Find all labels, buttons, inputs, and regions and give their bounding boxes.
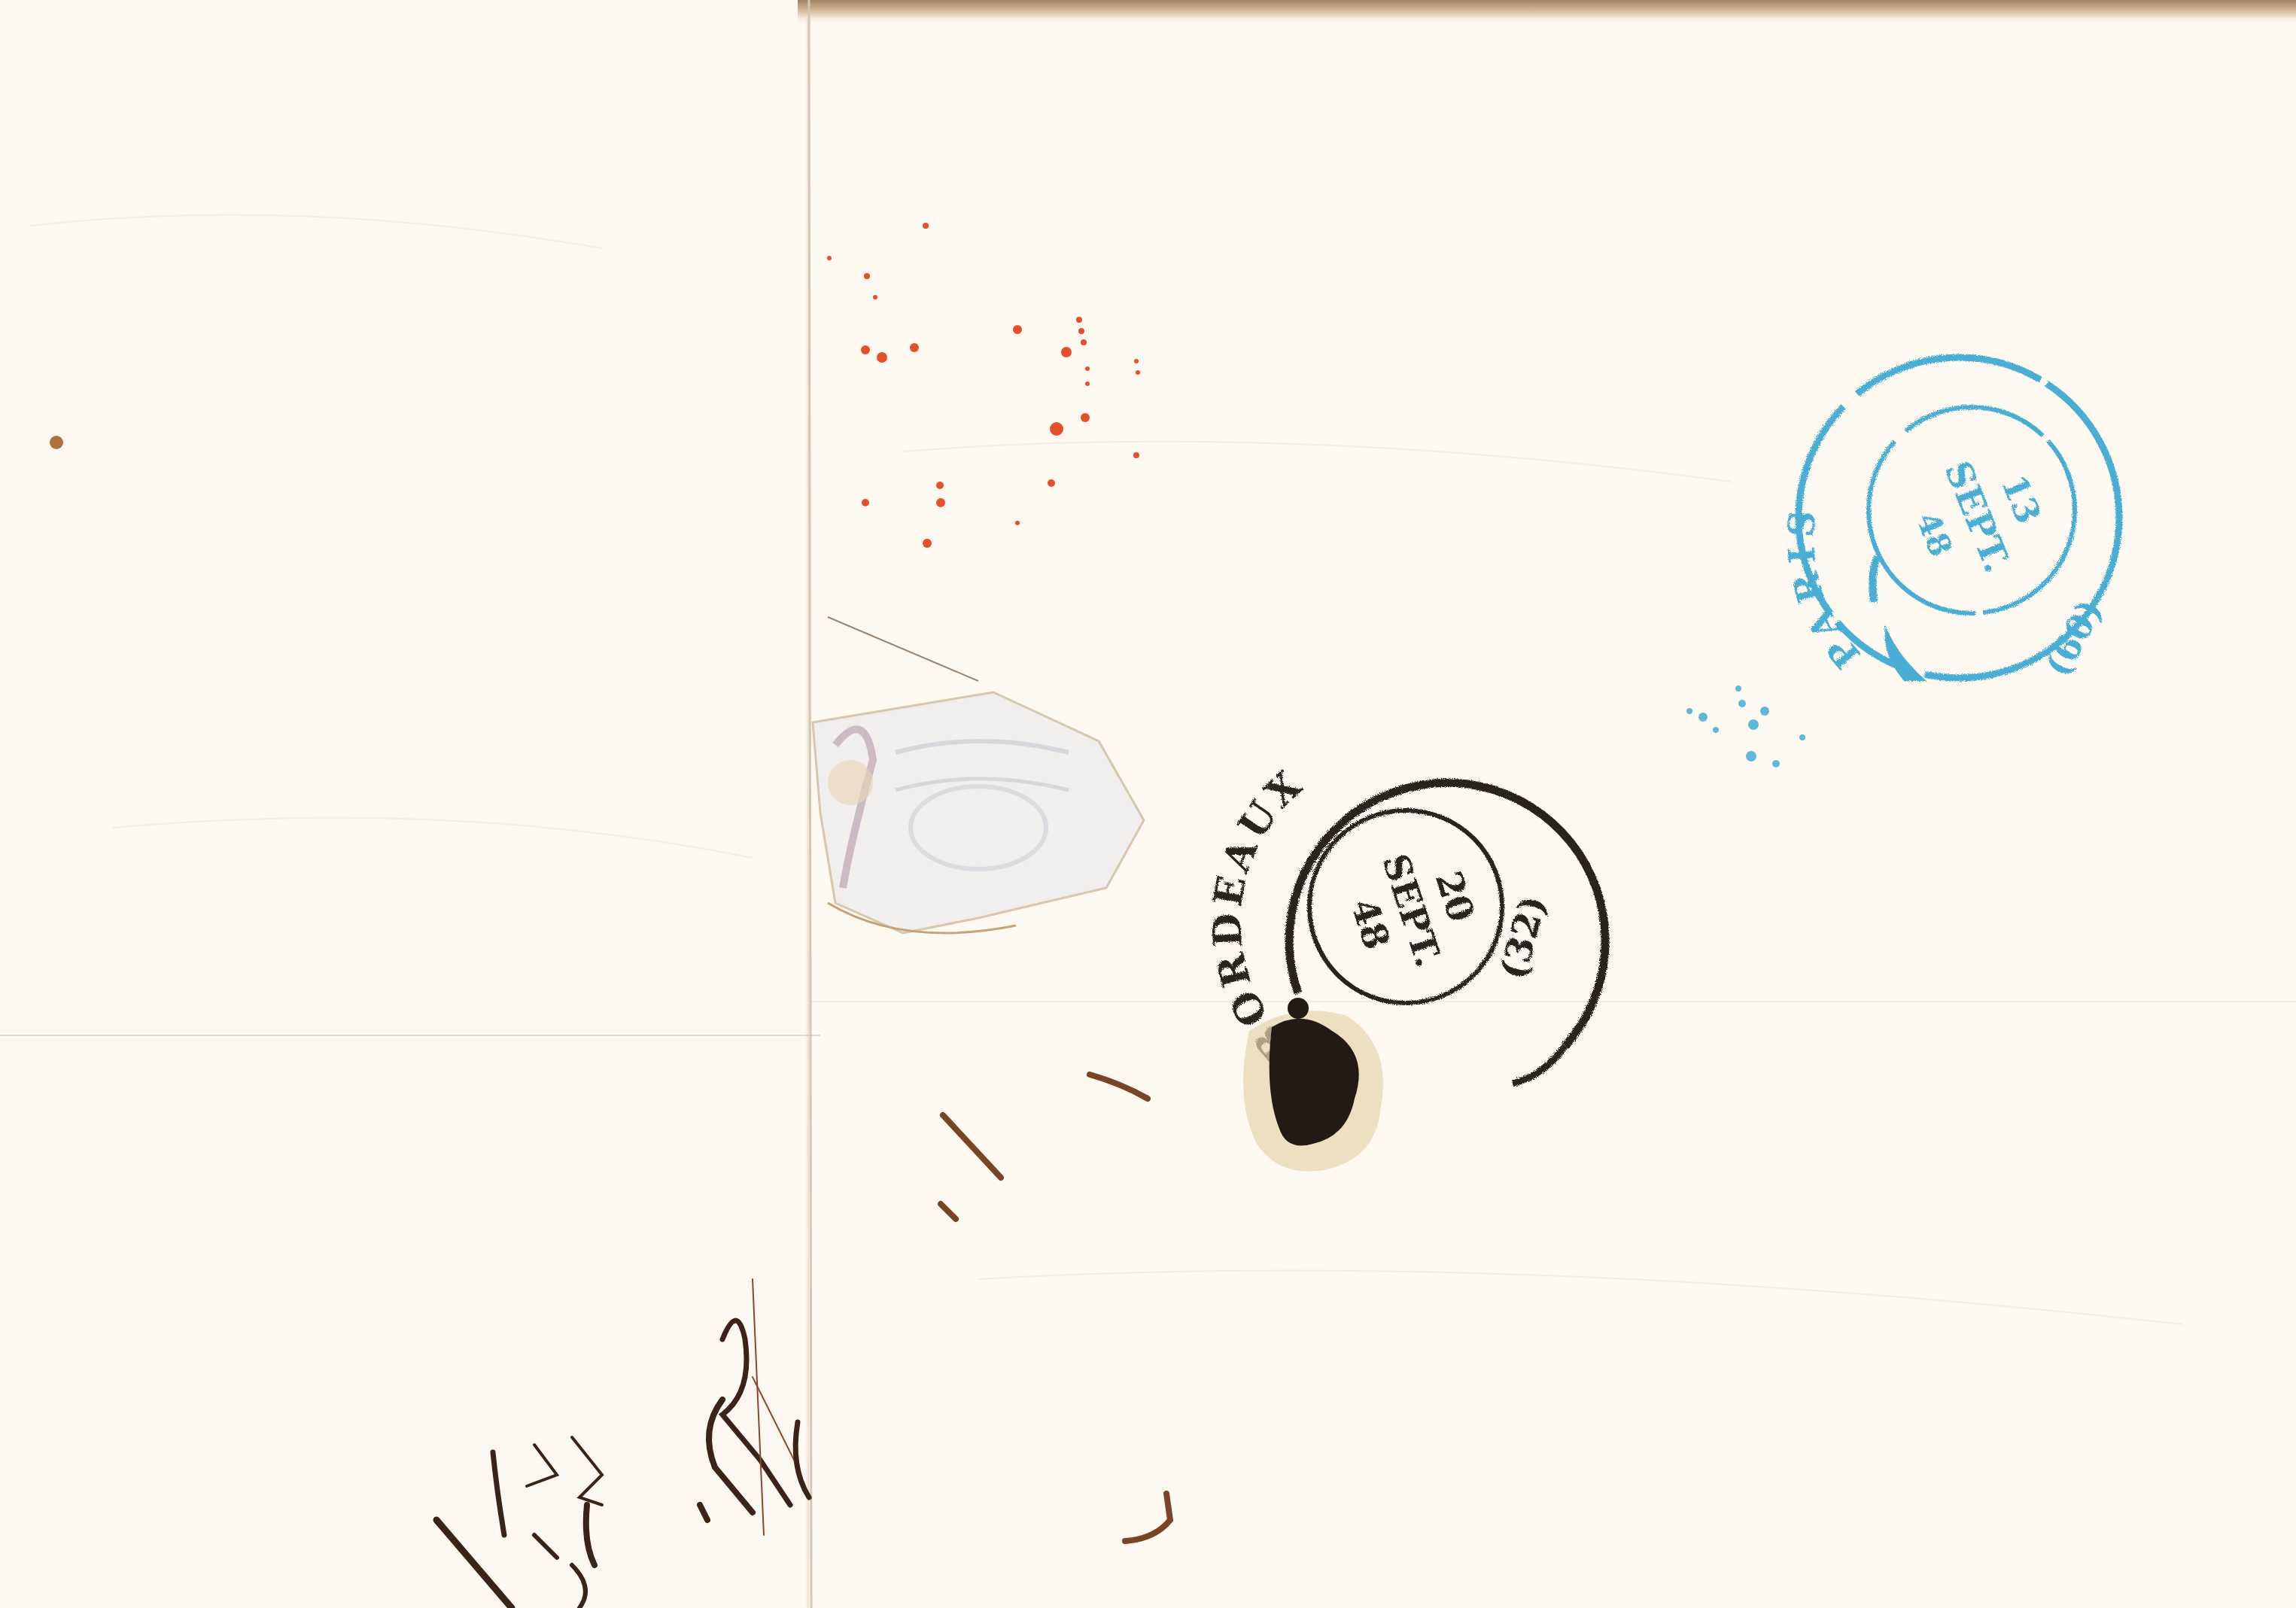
paris-postmark-code: (60) — [2037, 592, 2111, 682]
flap-edge — [809, 0, 811, 1608]
handwriting — [436, 1279, 809, 1608]
paris-postmark-year: 48 — [1909, 507, 1960, 562]
paris-postmark: PARIS 13 SEPT. 48 (60) — [1780, 357, 2119, 683]
brown-ink-marks — [941, 1075, 1170, 1541]
paris-postmark-month: SEPT. — [1936, 455, 2018, 578]
flap-tear-line — [828, 617, 978, 681]
wax-seal-remnant — [813, 692, 1144, 933]
ink-spot — [50, 436, 63, 449]
paris-postmark-town: PARIS — [1780, 501, 1869, 676]
blue-ink-specks — [1686, 685, 1805, 768]
ink-blot — [1243, 998, 1383, 1172]
markings-layer: PARIS 13 SEPT. 48 (60) — [0, 0, 2296, 1608]
letter-scan: PARIS 13 SEPT. 48 (60) — [0, 0, 2296, 1608]
svg-text:PARIS: PARIS — [1780, 501, 1869, 676]
red-crayon-marks — [827, 223, 1140, 548]
